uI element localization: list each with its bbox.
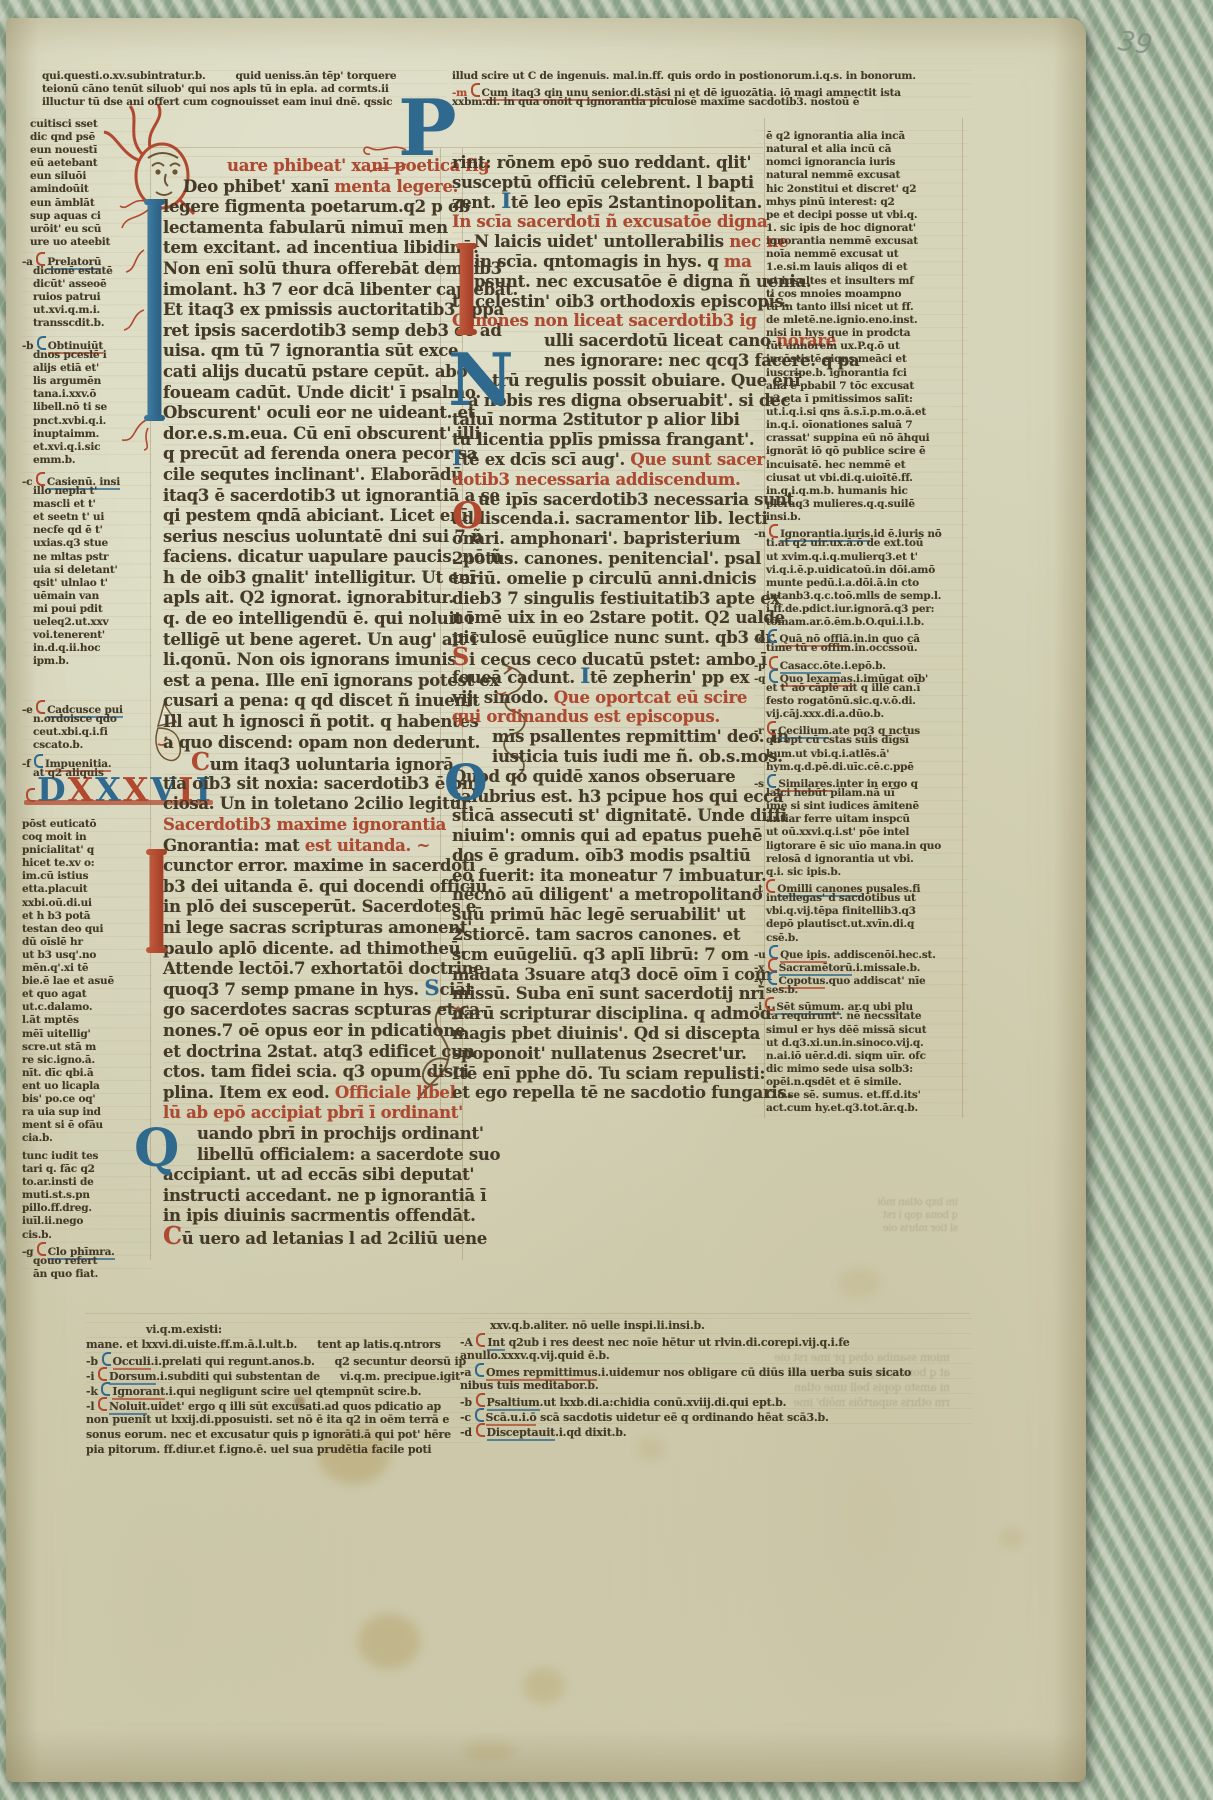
paraph-mark [37,1242,46,1256]
text-line: intanb3.q.c.toō.mlls de semp.l. [754,590,969,603]
text-line: xxbi.oū.di.ui [22,897,152,910]
text-line: sl tior mhris oie [758,1222,958,1235]
text-line: pia pitorum. ff.diur.et f.igno.ē. uel su… [86,1442,481,1457]
main-right: rint: rōnem epō suo reddant. qlit'suscep… [452,153,764,1103]
text-line: scre.ut stā m [22,1041,152,1054]
text-line: sticā assecuti st' dignitatē. Unde diffi [452,806,764,826]
text-line: piculosē euūglice nunc sunt. qb3 dr. [452,628,764,648]
paraph-mark [768,958,777,972]
text-line: -l Noluit.uidet' ergo q illi sūt excusat… [86,1397,481,1412]
paraph-mark [476,1393,485,1407]
text-line: Sacerdotib3 maxime ignorantia [163,815,463,836]
text-line: noīa nemmē excusat ut [754,248,969,261]
text-line: dū oīslē hr [22,936,152,949]
text-line: ment si ē ofāu [22,1119,152,1132]
text-line: -s Similares.inter in ergo q [754,774,969,787]
text-line: dicūt' asseoē [22,278,152,291]
text-line: faciens. dicatur uapulare paucis. nō ñ [163,547,463,568]
text-line: uēmain van [22,590,152,603]
text-line: dicionē estatē [22,265,152,278]
text-line: testan deo qui [22,923,152,936]
text-line: et t' aō cāplē ait q illē can.ī [754,682,969,695]
text-line: qi pestem qndā abiciant. Licet enī [163,506,463,527]
text-line: muti.st.s.pn [22,1189,152,1202]
text-line: ent uo licapla [22,1080,152,1093]
text-line: tū in tanto illsi nicet ut ff. [754,301,969,314]
paraph-mark [766,879,775,893]
text-line: de mletē.ne.ignio.eno.inst. [754,314,969,327]
text-line: hym.q.d.pē.di.uīc.cē.c.ppē [754,761,969,774]
text-line: festo rogatōnū.sic.q.v.ō.di. [754,695,969,708]
text-line: niuim': omnis qui ad epatus puehē [452,826,764,846]
text-line: -x Sacramētorū.i.missale.b. [754,958,969,971]
text-line: dic qnd psē [30,131,152,144]
text-line: ceut.xbi.q.i.fi [22,726,152,739]
left-gloss-1: cuitisci ssetdic qnd psēeun nouestīeū ae… [30,118,152,249]
text-line: csē.b. [754,932,969,945]
text-line: qouo refert [22,1255,152,1268]
paraph-mark [476,1423,485,1437]
text-line: lū ab epō accipiat pbrī ī ordinant' [163,1103,463,1124]
initial-bar-r [150,852,163,950]
text-line: re sic.igno.ā. [22,1054,152,1067]
text-line: magis pbet diuinis'. Qd si discepta [452,1024,764,1044]
paraph-mark [34,754,43,768]
text-line: 2potus. canones. penitencial'. psal [452,549,764,569]
text-line: lectamenta fabularū nimuī men [163,218,463,239]
text-line: alijs etiā et' [22,362,152,375]
text-line: in scīa. qntomagis in hys. q ma [452,252,764,272]
paraph-mark [475,1363,484,1377]
text-line: imolant. h3 7 eor dcā libenter capiebāt. [163,280,463,301]
text-line: -f Impuenitia. [22,754,152,767]
text-line: mhys pinū interest: q2 [754,196,969,209]
text-line: nomci ignorancia iuris [754,156,969,169]
text-line: bis' po.ce oq' [22,1093,152,1106]
text-line: ut.xvi.q.m.i. [22,304,152,317]
text-line: ure uo ateebit [30,236,152,249]
text-line: dos ē gradum. oīb3 modis psaltiū [452,846,764,866]
text-line: incōstistē siqns meāci et [754,353,969,366]
header-gloss-left: qui.questi.o.xv.subintratur.b.quid uenis… [42,70,447,110]
text-line: -o Quā nō offiā.in.in quo cā [754,629,969,642]
text-line: ra uia sup ind [22,1106,152,1119]
text-line: serius nescius uoluntatē dni sui 7 ñ [163,527,463,548]
left-gloss-5: -e Cadcusce puin.ordoisce qdoceut.xbi.q.… [22,700,152,752]
initial-bar-r [460,246,473,332]
text-line: pōst euticatō [22,818,152,831]
text-line: spoponoit' nullatenus 2secret'ur. [452,1044,764,1064]
text-line: Itē ex dcīs scī aug'. Que sunt sacer [452,450,764,470]
text-line: uando pbrī in prochijs ordinant' [163,1124,463,1145]
text-line: lis argumēn [22,375,152,388]
text-line: itaq3 ē sacerdotib3 ut ignorantiā a se [163,486,463,507]
photograph-of-manuscript: { "meta": { "document_type": "medieval m… [0,0,1213,1800]
text-line: N laicis uidet' untollerabilis nec ne [452,232,764,252]
stain [1000,1528,1024,1548]
text-line: crassat' suppina eū nō āhqui [754,432,969,445]
text-line: etta.placuit [22,883,152,896]
text-line: coq moit in [22,831,152,844]
text-line: alia ē pbabil 7 tōc excusat [754,380,969,393]
text-line: accipiant. ut ad eccās sibi deputat' [163,1165,463,1186]
text-line: eun siluōi [30,170,152,183]
text-line: et quo agat [22,988,152,1001]
text-line: In scīa sacerdotī ñ excusatōe digna [452,212,764,232]
paraph-mark [475,1408,484,1422]
text-line: im bxp otlan mōi [758,1196,958,1209]
initial-letter-Q: Q [134,1126,179,1173]
text-line: dotib3 necessaria addiscendum. [452,470,764,490]
text-line: eun nouestī [30,144,152,157]
text-line: Itē enī pphe dō. Tu sciam repulisti: [452,1064,764,1084]
header-gloss-right: illud scire ut C de ingenuis. mal.in.ff.… [452,70,972,110]
text-line: -g Clo phīmra. [22,1242,152,1255]
text-line: ut b3 usq'.no [22,949,152,962]
text-line: teionū cāno tenūt siluob' qui nos apls t… [42,83,447,96]
paraph-mark [26,788,35,802]
text-line: eo fuerit: ita moneatur 7 imbuatur. [452,866,764,886]
text-line: antiar ferre uitam inspcū [754,813,969,826]
text-line: go sacerdotes sacras scpturas et ca [163,1000,463,1021]
text-line: eū aetebant [30,157,152,170]
text-line: ut xvim.q.i.q.mulierq3.et t' [754,551,969,564]
text-line: insi.b. [754,511,969,524]
text-line: necfe qd ē t' [22,524,152,537]
text-line: tunc iudit tes [22,1150,152,1163]
text-line: -A Int q2ub i res deest nec noīe hētur u… [460,1333,972,1348]
text-line: ra requirunt'. nē necssitate [754,1010,969,1023]
text-line: at q2 aliquis [22,767,152,780]
text-line: fūt annorem ux.P.q.ō ut [754,340,969,353]
text-line: xxv.q.b.aliter. nō uelle inspi.li.insi.b… [460,1318,972,1333]
text-line: -u Que ipis. addiscenōi.hec.st. [754,945,969,958]
text-line: Deo phibet' xanī menta legere. [163,177,463,198]
text-line: vi.q.m.existi: [86,1322,481,1337]
text-line: Canones non liceat sacerdotib3 ig [452,311,764,331]
text-line: Non enī solū thura offerebāt demōib3 [163,259,463,280]
text-line: act.cum hy.et.q3.tot.ār.q.b. [754,1102,969,1115]
text-line: -i Sēt sūmum. ar.q ubi plu [754,997,969,1010]
text-line: ne mltas pstr [22,551,152,564]
text-line: Obscurent' oculi eor ne uideant. et [163,403,463,424]
text-line: teriū. omelie p circulū anni.dnicis [452,569,764,589]
text-line: cati alijs ducatū pstare cepūt. abo ī [163,362,463,383]
text-line: ipm.b. [22,655,152,668]
text-line: ueleq2.ut.xxv [22,616,152,629]
text-line: b3 dei uitanda ē. qui docendi officiū. [163,877,463,898]
paraph-mark [101,1382,110,1396]
folio-number: 39 [1116,26,1154,61]
text-line: dieb3 7 singulis festiuitatib3 apte ex [452,589,764,609]
left-gloss-8: tunc iudit testari q. fāc q2to.ar.insti … [22,1150,152,1281]
text-line: ti cos mnoies moampno [754,288,969,301]
text-line: addiscenda.i. sacramentor lib. lecti [452,509,764,529]
text-line: tōmam.ar.ō.ēm.b.O.qui.i.l.b. [754,616,969,629]
text-line: tari q. fāc q2 [22,1163,152,1176]
text-line: emm.b. [22,454,152,467]
text-line: ligtorare ē sic uīo mana.in quo [754,840,969,853]
paraph-mark [36,472,45,486]
main-left: uare phibeat' xanī poetica figDeo phibet… [163,156,463,1247]
text-line: uia si deletant' [22,564,152,577]
text-line: ctos. tam fidei scia. q3 opum disci [163,1062,463,1083]
text-line: rm othris supartōis mōib' ime [520,1395,950,1410]
text-line: narū scripturar disciplina. q admod' [452,1004,764,1024]
text-line: munte pedū.i.a.dōi.ā.in cto [754,577,969,590]
text-line: et doctrina 2stat. atq3 edificet cun [163,1042,463,1063]
initial-letter-O: O [444,760,488,805]
text-line: n.ai.iō uēr.d.di. siqm uīr. ofc [754,1050,969,1063]
text-line: scm euūgeliū. q3 aplī librū: 7 om [452,945,764,965]
text-line: 2stiorcē. tam sacros canones. et [452,925,764,945]
text-line: to.ar.insti de [22,1176,152,1189]
text-line: tia oib3 sit noxia: sacerdotib3 ē pmi [163,774,463,795]
text-line: cile sequtes inclinant'. Elaborādū [163,465,463,486]
text-line: ue ipīs sacerdotib3 necessaria sunt [452,490,764,510]
text-line: ignorāt iō qō publice scire ē [754,445,969,458]
showthrough-2: im bxp otlan mōiq bona qop i rstsl tior … [758,1196,958,1235]
text-line: incuisatē. hec nemmē et [754,459,969,472]
text-line: libellū officialem: a sacerdote suo [163,1145,463,1166]
text-line: ut d.q3.xi.un.in.sinoco.vij.q. [754,1037,969,1050]
text-line: et h b3 potā [22,910,152,923]
text-line: pe et decipi posse ut vbi.q. [754,209,969,222]
text-line: mane. et lxxvi.di.uiste.ff.m.ā.l.ult.b.t… [86,1337,481,1352]
text-line: salubrius est. h3 pcipue hos qui eccā [452,787,764,807]
text-line: Cum itaq3 uoluntaria ignorā [163,753,463,774]
text-line: iuscripe.b. ignorantia fci [754,367,969,380]
text-line: tem excitant. ad incentiua libidinū. [163,238,463,259]
text-line: Si cecus ceco ducatū pstet: ambo ī [452,648,764,668]
text-line: sonus eorum. nec et excusatur quis p ign… [86,1427,481,1442]
text-line: cis.b. [22,1229,152,1242]
text-line: -t Omilli canones pusales.fi [754,879,969,892]
text-line: pnicialitat' q [22,844,152,857]
text-line: laici hebūt pilam.nā uī [754,787,969,800]
text-line: ciusat ut vbi.di.q.uioītē.ff. [754,472,969,485]
text-line: telligē ut bene ageret. Un aug' ait ī [163,630,463,651]
text-line: qsit' ulnlao t' [22,577,152,590]
text-line: -b Occuli.i.prelati qui regunt.anos.b.q2… [86,1352,481,1367]
text-line: i.ff.de.pdict.iur.ignorā.q3 per: [754,603,969,616]
text-line: susceptū officiū celebrent. l bapti [452,173,764,193]
text-line: ē q2 ignorantia alia incā [754,130,969,143]
text-line: ciosa. Un in toletano 2cilio legitur. [163,794,463,815]
text-line: in.d.q.ii.hoc [22,642,152,655]
text-line: illo nepla t' [22,485,152,498]
text-line: q.i. sic ipis.b. [754,866,969,879]
text-line: -y Copotus.quo addiscat' nīe [754,971,969,984]
text-line: -q Quo lexamas.i.imūgat oīb' [754,669,969,682]
text-line: psunt. nec excusatōe ē digna ñ uenia. [452,272,764,292]
footnotes-left: vi.q.m.existi:mane. et lxxvi.di.uiste.ff… [86,1322,481,1457]
text-line: h de oib3 gnalit' intelligitur. Ut enī [163,568,463,589]
right-gloss: ē q2 ignorantia alia incānatural et alia… [754,130,969,1116]
text-line: transscdit.b. [22,317,152,330]
paraph-mark [769,656,778,670]
text-line: -n Ignorantia.iuris.id ē.iuris nō [754,524,969,537]
text-line: urōit' eu scū [30,223,152,236]
text-line: tu licentia pplīs pmissa frangant'. [452,430,764,450]
text-line: ret ipsis sacerdotib3 semp deb3 eē ad [163,321,463,342]
text-line: dic mimo sede uisa solb3: [754,1063,969,1076]
text-line: mascli et t' [22,498,152,511]
text-line: pillo.ff.dreg. [22,1202,152,1215]
paraph-mark [476,1333,485,1347]
text-line: foueam cadūt. Unde dicit' ī psalmo. [163,383,463,404]
text-line: apls ait. Q2 ignorat. ignorabitur. [163,588,463,609]
text-line: qui ordinandus est episcopus. [452,707,764,727]
text-line: in plō dei susceperūt. Sacerdotes e [163,897,463,918]
text-line: eun āmblāt [30,197,152,210]
text-line: hic 2onstitui et discret' q2 [754,183,969,196]
text-line: cscato.b. [22,739,152,752]
text-line: in.q.i.q.m.b. humanis hic [754,485,969,498]
text-line: iuīl.ii.nego [22,1215,152,1228]
left-gloss-4: -c Casienū. insiillo nepla t'mascli et t… [22,472,152,668]
text-line: illud scire ut C de ingenuis. mal.in.ff.… [452,70,972,83]
text-line: nēcnō aū diligent' a metropolitano [452,885,764,905]
text-line: uisa. qm tū 7 ignorantia sūt exce [163,341,463,362]
text-line: onari. amphonari'. bapristerium [452,529,764,549]
text-line: dnos pceslē i [22,349,152,362]
paraph-mark [767,774,776,788]
text-line: rint: rōnem epō suo reddant. qlit' [452,153,764,173]
text-line: illuctur tū dse ani offert cum cognouiss… [42,96,447,109]
text-line: -k Ignorant.i.qui negligunt scire uel qt… [86,1382,481,1397]
text-line: miom ssaniba obsq pr ime rst oie [520,1350,950,1365]
text-line: suū primū hāc legē seruabilit' ut [452,905,764,925]
initial-bar-b [148,202,161,418]
text-line: in.q.i. oīonationes saluā 7 [754,419,969,432]
text-line: ān quo fiat. [22,1268,152,1281]
text-line: est a pena. Ille enī ignorans potest ex [163,671,463,692]
text-line: Ill aut h ignosci ñ potit. q habentes [163,712,463,733]
text-line: qh ept cū cstas suis dīgsī [754,734,969,747]
paraph-mark [37,336,46,350]
text-line: mēn.q'.xi tē [22,962,152,975]
left-gloss-7: pōst euticatōcoq moit inpnicialitat' qhi… [22,818,152,1145]
text-line: -p Casacc.ōte.i.epō.b. [754,656,969,669]
text-line: -c Casienū. insi [22,472,152,485]
text-line: l.āt mptēs [22,1014,152,1027]
text-line: ignorantia nemmē excusat [754,235,969,248]
text-line: instructi accedant. ne p ignorantiā ī [163,1186,463,1207]
text-line: ut oū.xxvi.q.i.st' pōe intel [754,826,969,839]
text-line: natural nemmē excusat [754,169,969,182]
text-line: non puenit ut lxxij.di.pposuisti. set nō… [86,1412,481,1427]
text-line: simul er hys dēē missā sicut [754,1024,969,1037]
text-line: sup aquas ci [30,210,152,223]
text-line: pleraq3 mulieres.q.q.suilē [754,498,969,511]
text-line: Et itaq3 ex pmissis auctoritatib3 appa [163,300,463,321]
paraph-mark [769,669,778,683]
paraph-mark [98,1397,107,1411]
text-line: -c Scā.u.i.ō scā sacdotis uidetur eē q o… [460,1408,972,1423]
text-line: tē celestin' oib3 orthodoxis episcopis. [452,292,764,312]
text-line: Quod qō quidē xanos obseruare [452,767,764,787]
paraph-mark [102,1352,111,1366]
text-line: vi.q.i.ē.p.uidicatoū.in dōi.amō [754,564,969,577]
text-line: nīt. dīc qbi.ā [22,1067,152,1080]
text-line: hicet te.xv o: [22,857,152,870]
text-line: -e Cadcusce pui [22,700,152,713]
text-line: mīs psallentes repmittim' deo. In [452,727,764,747]
paraph-mark [98,1367,107,1381]
text-line: time tū e offim.in.occssoū. [754,642,969,655]
text-line: q. de eo intelligendū ē. qui noluit ī [163,609,463,630]
text-line: vbi.q.vij.tēpa finitellib3.q3 [754,905,969,918]
text-line: legere figmenta poetarum.q2 p ob [163,197,463,218]
text-line: ni lege sacras scripturas amonent' [163,918,463,939]
text-line: plina. Item ex eod. Officiale libel [163,1083,463,1104]
text-line: at q bona q impr oie rst amicis [520,1365,950,1380]
text-line: nones.7 oē opus eor in pdicatione [163,1021,463,1042]
text-line: Attende lectōi.7 exhortatōi doctrine [163,959,463,980]
text-line: nomē uix in eo 2stare potit. Q2 ualde [452,608,764,628]
text-line: -a Prelatorū [22,252,152,265]
left-gloss-6: -f Impuenitia.at q2 aliquis [22,754,152,780]
text-line: voi.tenerent' [22,629,152,642]
initial-letter-P: P [398,94,457,164]
stain [638,1438,664,1460]
text-line: cuitisci sset [30,118,152,131]
text-line: iusticia tuis iudi me ñ. ob.s.mos. [452,747,764,767]
text-line: relosā d ignorantia ut vbi. [754,853,969,866]
text-line: natural et alia incū cā [754,143,969,156]
text-line: hum.ut vbi.q.i.atlēs.ā' [754,748,969,761]
text-line: mādata 3suare atq3 docē oīm ī com [452,965,764,985]
left-gloss-3: -b Obtinuiūtdnos pceslē ialijs etiā et'l… [22,336,152,467]
text-line: ut.c.dalamo. [22,1001,152,1014]
paraph-mark [768,971,777,985]
text-line: -m Cum itaq3 qin unu senior.di.stāsi ni … [452,83,972,96]
paraph-mark [36,700,45,714]
text-line: et seetn t' ui [22,511,152,524]
text-line: q bona qop i rst [758,1209,958,1222]
text-line: mēī uitellig' [22,1028,152,1041]
text-line: inuptaimm. [22,428,152,441]
stain [523,1668,565,1704]
text-line: ut insultes et insulters mf [754,275,969,288]
text-line: zent. Itē leo epīs 2stantinopolitan. [452,193,764,213]
text-line: in ipis diuinis sacrmentis offendāt. [163,1206,463,1227]
text-line: n.ordoisce qdo [22,713,152,726]
text-line: cunctor error. maxime in sacerdoti [163,856,463,877]
text-line: -d Disceptauit.i.qd dixit.b. [460,1423,972,1438]
text-line: uxias.q3 stue [22,537,152,550]
text-line: nisi in hys que in prodcta [754,327,969,340]
text-line: cusari a pena: q qd discet ñ inuenit [163,691,463,712]
text-line: Cū uero ad letanias l ad 2ciliū uene [163,1227,463,1248]
initial-letter-O: O [452,500,483,532]
text-line: amindoūit [30,183,152,196]
text-line: bie.ē lae et asuē [22,975,152,988]
initial-letter-N: N [448,348,514,413]
text-line: C.ō.se sē. sumus. et.ff.d.its' [754,1089,969,1102]
text-line: vij. sinodo. Que oportcat eū scire [452,688,764,708]
text-line: et.xvi.q.i.sic [22,441,152,454]
text-line: missū. Suba enī sunt sacerdotij nrī [452,984,764,1004]
text-line: Gnorantia: mat est uitanda. ~ [163,836,463,857]
text-line: qui.questi.o.xv.subintratur.b.quid uenis… [42,70,447,83]
stain [358,1614,420,1669]
text-line: 1.e.si.m lauis aliqos di et [754,261,969,274]
text-line: opēi.n.qsdēt et ē simile. [754,1076,969,1089]
text-line: foueā cadunt. Itē zepherin' pp ex [452,668,764,688]
showthrough-1: miom ssaniba obsq pr ime rst oieat q bon… [520,1350,950,1410]
